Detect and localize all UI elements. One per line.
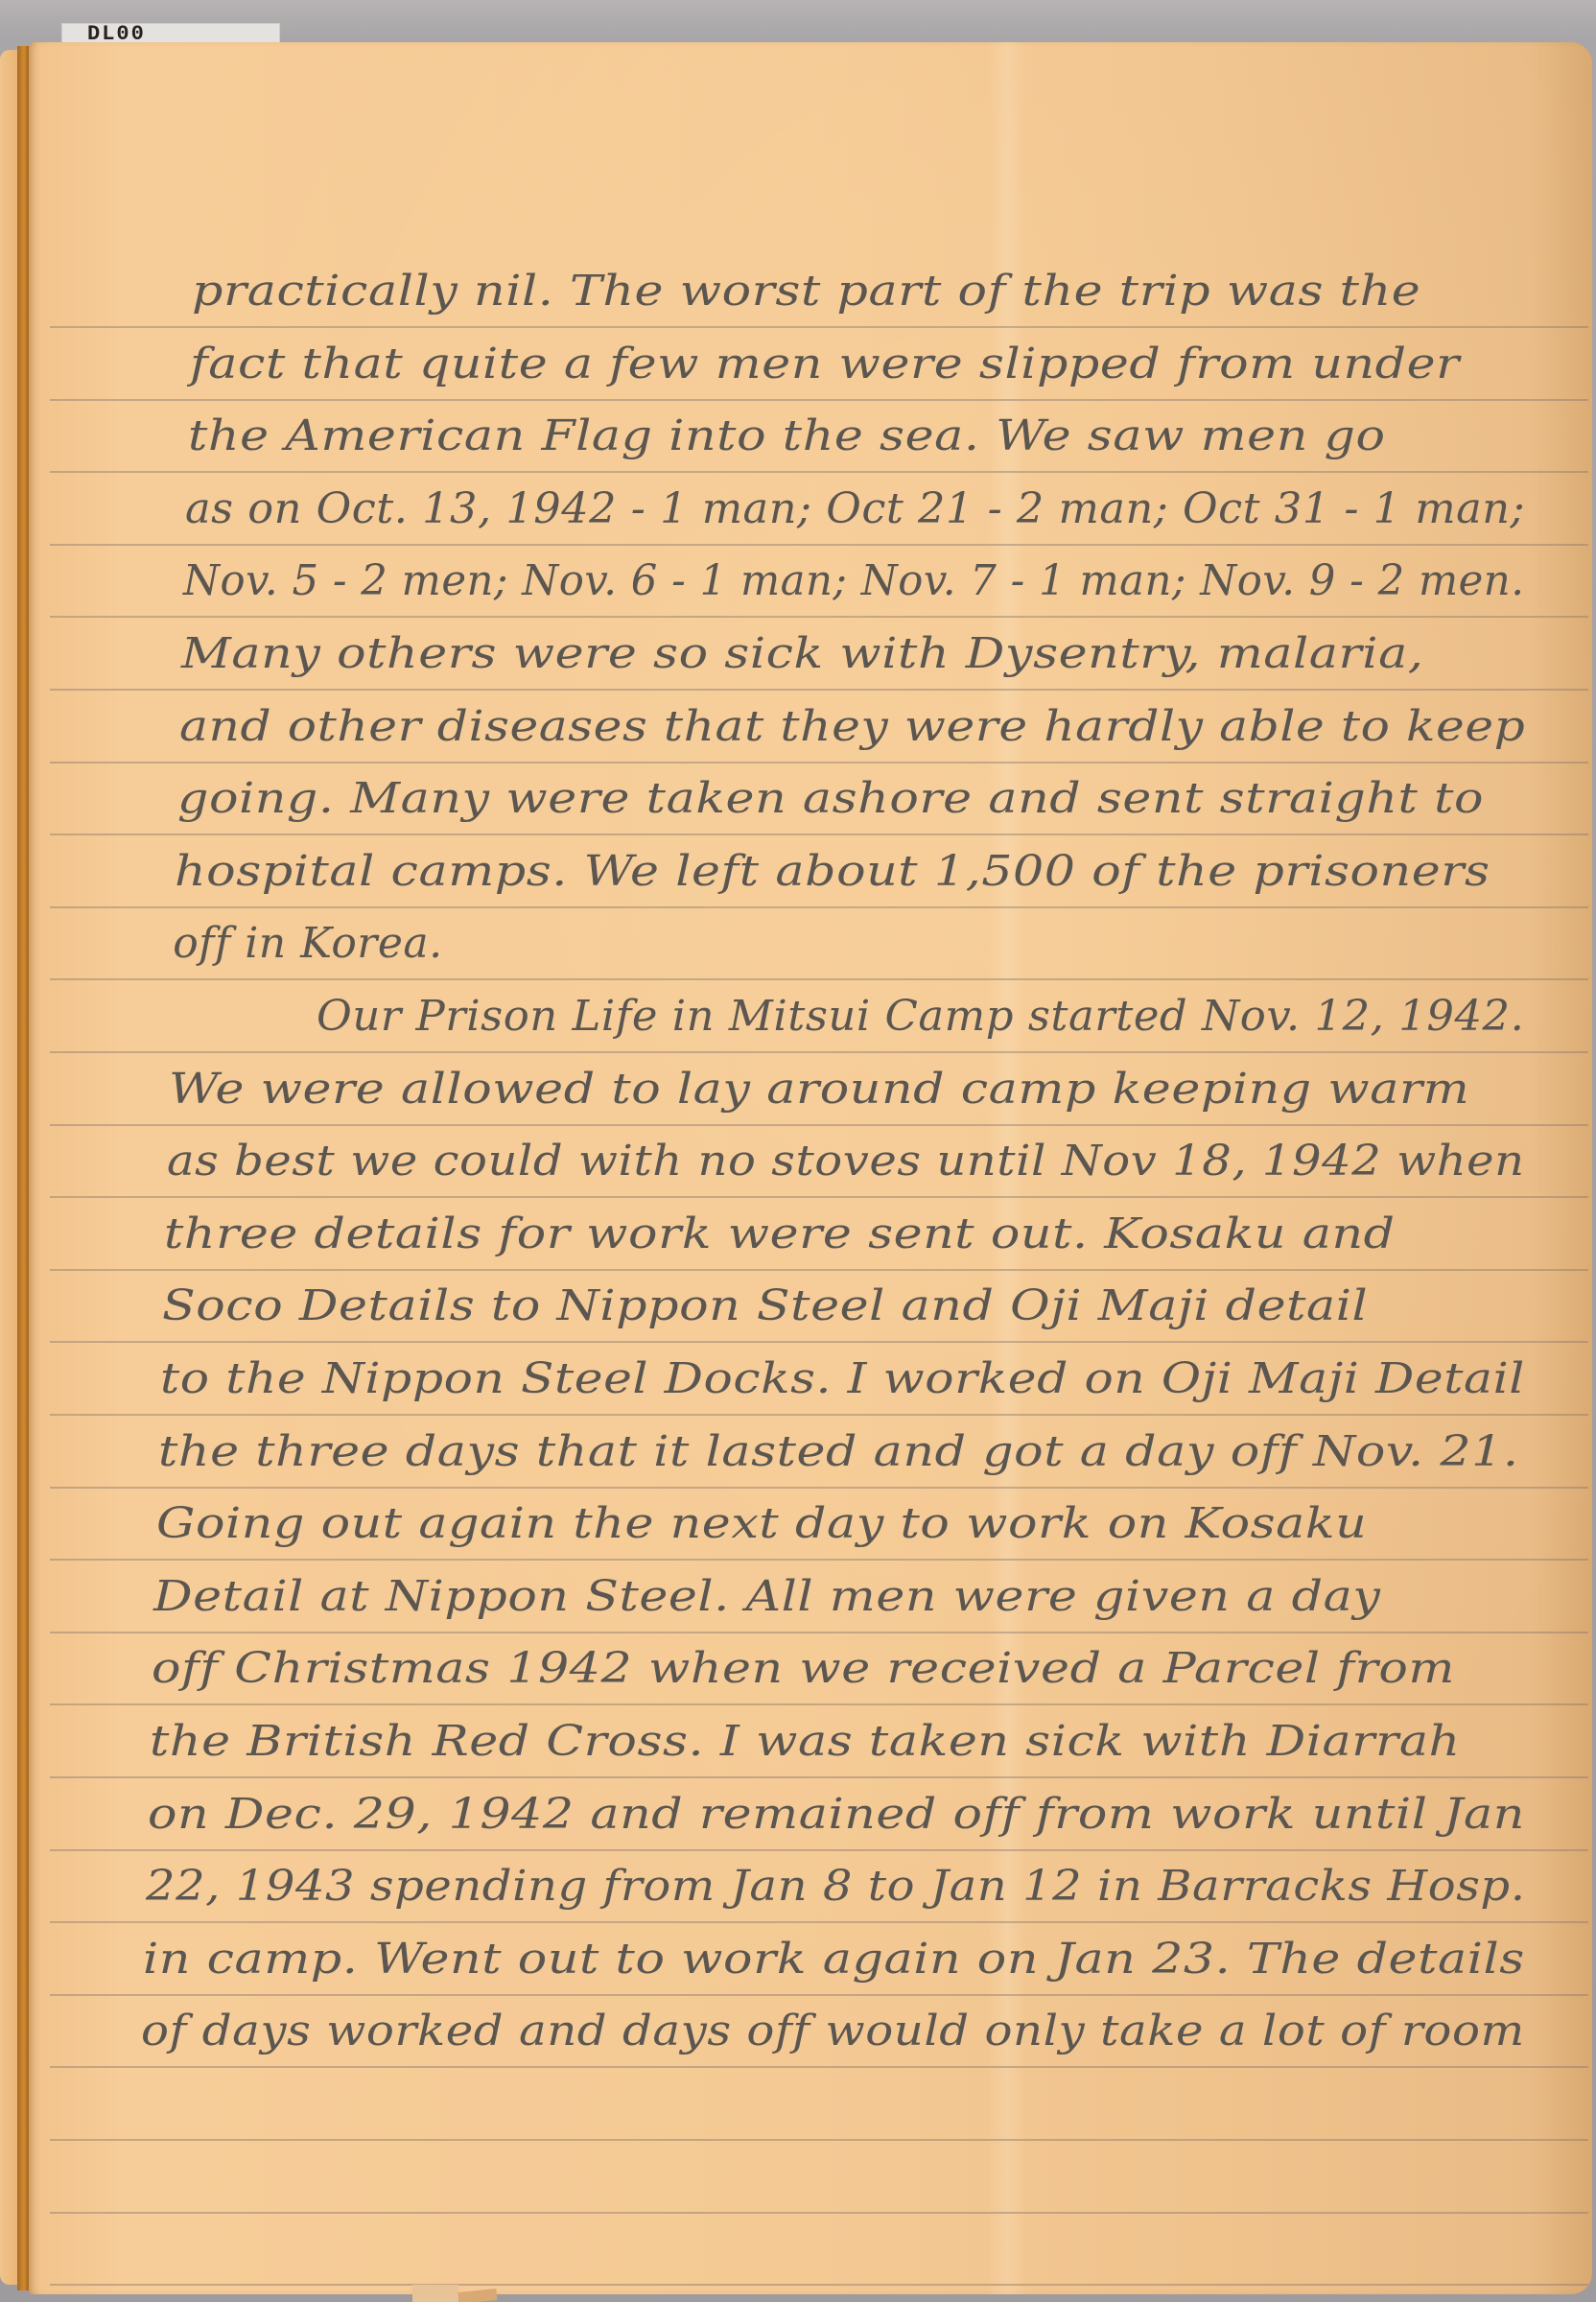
ruled-line: [50, 1994, 1588, 1996]
handwritten-line: of days worked and days off would only t…: [141, 2007, 1525, 2055]
handwritten-line: the three days that it lasted and got a …: [158, 1427, 1519, 1476]
ruled-line: [50, 2066, 1588, 2068]
handwritten-line: Going out again the next day to work on …: [156, 1499, 1367, 1548]
ruled-line: [50, 1124, 1588, 1126]
ruled-line: [50, 1341, 1588, 1343]
ruled-line: [50, 2139, 1588, 2141]
handwritten-line: 22, 1943 spending from Jan 8 to Jan 12 i…: [146, 1862, 1526, 1911]
ruled-line: [50, 1776, 1588, 1778]
handwritten-line: off Christmas 1942 when we received a Pa…: [152, 1644, 1455, 1693]
handwritten-line: to the Nippon Steel Docks. I worked on O…: [160, 1354, 1525, 1403]
ruled-line: [50, 1849, 1588, 1851]
handwritten-line: the American Flag into the sea. We saw m…: [188, 411, 1386, 460]
ruled-line: [50, 1921, 1588, 1923]
bookmark-ribbon: [412, 2285, 458, 2302]
ruled-line: [50, 762, 1588, 763]
ruled-line: [50, 1414, 1588, 1416]
ruled-line: [50, 1559, 1588, 1561]
handwritten-line: Detail at Nippon Steel. All men were giv…: [153, 1572, 1381, 1621]
handwritten-line: as best we could with no stoves until No…: [167, 1137, 1525, 1186]
handwritten-line: practically nil. The worst part of the t…: [192, 267, 1420, 316]
handwritten-line: fact that quite a few men were slipped f…: [190, 340, 1460, 388]
ruled-line: [50, 834, 1588, 835]
ruled-line: [50, 326, 1588, 328]
ruled-line: [50, 689, 1588, 691]
ruled-line: [50, 399, 1588, 401]
handwritten-line: Our Prison Life in Mitsui Camp started N…: [317, 992, 1524, 1041]
ruled-line: [50, 2284, 1588, 2286]
ruled-line: [50, 1196, 1588, 1198]
ruled-line: [50, 1632, 1588, 1633]
handwritten-line: on Dec. 29, 1942 and remained off from w…: [148, 1790, 1525, 1839]
handwritten-line: in camp. Went out to work again on Jan 2…: [143, 1935, 1525, 1984]
ruled-line: [50, 1051, 1588, 1053]
handwritten-line: off in Korea.: [173, 919, 442, 968]
handwritten-line: three details for work were sent out. Ko…: [164, 1210, 1396, 1258]
handwritten-line: going. Many were taken ashore and sent s…: [177, 774, 1484, 823]
ruled-line: [50, 978, 1588, 980]
handwritten-line: the British Red Cross. I was taken sick …: [150, 1717, 1461, 1766]
ruled-line: [50, 906, 1588, 908]
handwritten-line: hospital camps. We left about 1,500 of t…: [175, 847, 1490, 896]
handwritten-line: Many others were so sick with Dysentry, …: [181, 629, 1423, 678]
handwritten-line: Soco Details to Nippon Steel and Oji Maj…: [162, 1281, 1368, 1330]
ruled-line: [50, 1487, 1588, 1489]
handwritten-line: as on Oct. 13, 1942 - 1 man; Oct 21 - 2 …: [185, 484, 1525, 533]
ruled-line: [50, 1703, 1588, 1705]
ruled-line: [50, 471, 1588, 473]
handwritten-line: and other diseases that they were hardly…: [179, 702, 1525, 751]
handwritten-line: We were allowed to lay around camp keepi…: [169, 1065, 1469, 1114]
ruled-line: [50, 616, 1588, 618]
ruled-line: [50, 544, 1588, 546]
ruled-line: [50, 2212, 1588, 2214]
ruled-line: [50, 1269, 1588, 1271]
handwritten-line: Nov. 5 - 2 men; Nov. 6 - 1 man; Nov. 7 -…: [183, 556, 1525, 605]
